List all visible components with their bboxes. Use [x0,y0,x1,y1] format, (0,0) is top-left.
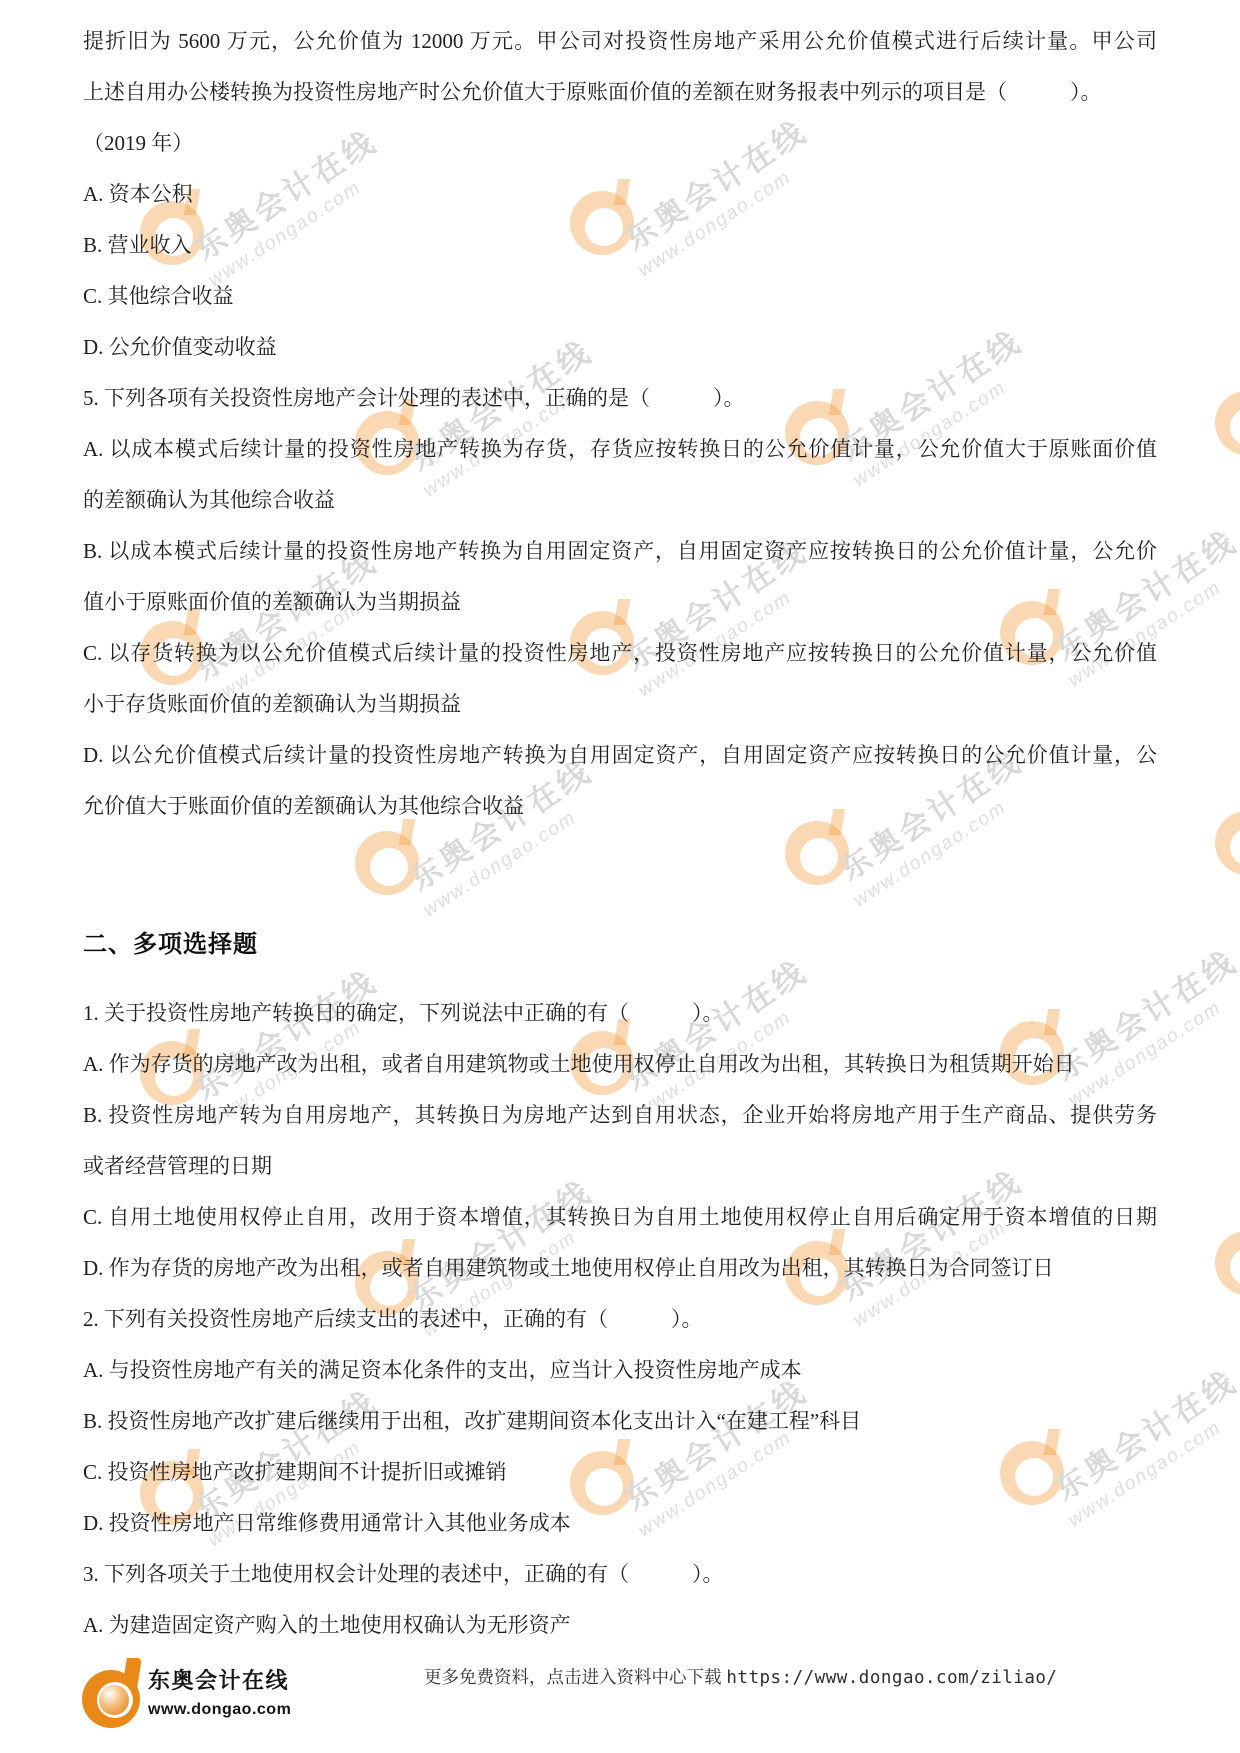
footer-note: 更多免费资料，点击进入资料中心下载 https://www.dongao.com… [424,1664,1057,1689]
option-c: C. 投资性房地产改扩建期间不计提折旧或摊销 [83,1447,1157,1498]
multiple-choice-section: 1. 关于投资性房地产转换日的确定，下列说法中正确的有（ ）。 A. 作为存货的… [83,988,1157,1651]
dongao-watermark-logo-icon [1215,391,1240,455]
option-a: A. 与投资性房地产有关的满足资本化条件的支出，应当计入投资性房地产成本 [83,1345,1157,1396]
question-5-stem: 5. 下列各项有关投资性房地产会计处理的表述中，正确的是（ ）。 [83,373,1157,424]
option-b-continued: 值小于原账面价值的差额确认为当期损益 [83,577,1157,628]
option-d: D. 以公允价值模式后续计量的投资性房地产转换为自用固定资产，自用固定资产应按转… [83,730,1157,781]
option-a: A. 为建造固定资产购入的土地使用权确认为无形资产 [83,1600,1157,1651]
brand-url: www.dongao.com [148,1701,291,1719]
question-stem-line: 提折旧为 5600 万元，公允价值为 12000 万元。甲公司对投资性房地产采用… [83,16,1157,67]
page-footer: 东奥会计在线 www.dongao.com 更多免费资料，点击进入资料中心下载 … [0,1650,1240,1753]
dongao-logo-icon [82,1658,154,1742]
document-page: 东奥会计在线www.dongao.com 东奥会计在线www.dongao.co… [0,0,1240,1753]
section-heading-multiple-choice: 二、多项选择题 [83,922,258,968]
question-year-note: （2019 年） [83,118,1157,169]
option-d: D. 投资性房地产日常维修费用通常计入其他业务成本 [83,1498,1157,1549]
option-c: C. 其他综合收益 [83,271,1157,322]
option-b: B. 投资性房地产转为自用房地产，其转换日为房地产达到自用状态，企业开始将房地产… [83,1090,1157,1141]
footer-download-link[interactable]: https://www.dongao.com/ziliao/ [726,1668,1057,1688]
option-d: D. 作为存货的房地产改为出租，或者自用建筑物或土地使用权停止自用改为出租，其转… [83,1243,1157,1294]
brand-name: 东奥会计在线 [148,1664,291,1695]
question-2-stem: 2. 下列有关投资性房地产后续支出的表述中，正确的有（ ）。 [83,1294,1157,1345]
question-1-stem: 1. 关于投资性房地产转换日的确定，下列说法中正确的有（ ）。 [83,988,1157,1039]
option-b-continued: 或者经营管理的日期 [83,1141,1157,1192]
option-b: B. 营业收入 [83,220,1157,271]
option-c: C. 自用土地使用权停止自用，改用于资本增值，其转换日为自用土地使用权停止自用后… [83,1192,1157,1243]
option-a: A. 作为存货的房地产改为出租，或者自用建筑物或土地使用权停止自用改为出租，其转… [83,1039,1157,1090]
footer-note-text: 更多免费资料，点击进入资料中心下载 [424,1667,726,1687]
question-3-stem: 3. 下列各项关于土地使用权会计处理的表述中，正确的有（ ）。 [83,1549,1157,1600]
option-d-continued: 允价值大于账面价值的差额确认为其他综合收益 [83,781,1157,832]
dongao-watermark-logo-icon [1215,811,1240,875]
dongao-watermark-logo-icon [1215,1231,1240,1295]
option-b: B. 投资性房地产改扩建后继续用于出租，改扩建期间资本化支出计入“在建工程”科目 [83,1396,1157,1447]
brand-block: 东奥会计在线 www.dongao.com [148,1664,291,1719]
option-a: A. 以成本模式后续计量的投资性房地产转换为存货，存货应按转换日的公允价值计量，… [83,424,1157,475]
question-stem-line: 上述自用办公楼转换为投资性房地产时公允价值大于原账面价值的差额在财务报表中列示的… [83,67,1157,118]
option-a: A. 资本公积 [83,169,1157,220]
option-d: D. 公允价值变动收益 [83,322,1157,373]
option-c-continued: 小于存货账面价值的差额确认为当期损益 [83,679,1157,730]
option-a-continued: 的差额确认为其他综合收益 [83,475,1157,526]
dongao-watermark-logo-icon [355,831,419,895]
option-c: C. 以存货转换为以公允价值模式后续计量的投资性房地产，投资性房地产应按转换日的… [83,628,1157,679]
single-choice-section: 提折旧为 5600 万元，公允价值为 12000 万元。甲公司对投资性房地产采用… [83,16,1157,832]
option-b: B. 以成本模式后续计量的投资性房地产转换为自用固定资产，自用固定资产应按转换日… [83,526,1157,577]
